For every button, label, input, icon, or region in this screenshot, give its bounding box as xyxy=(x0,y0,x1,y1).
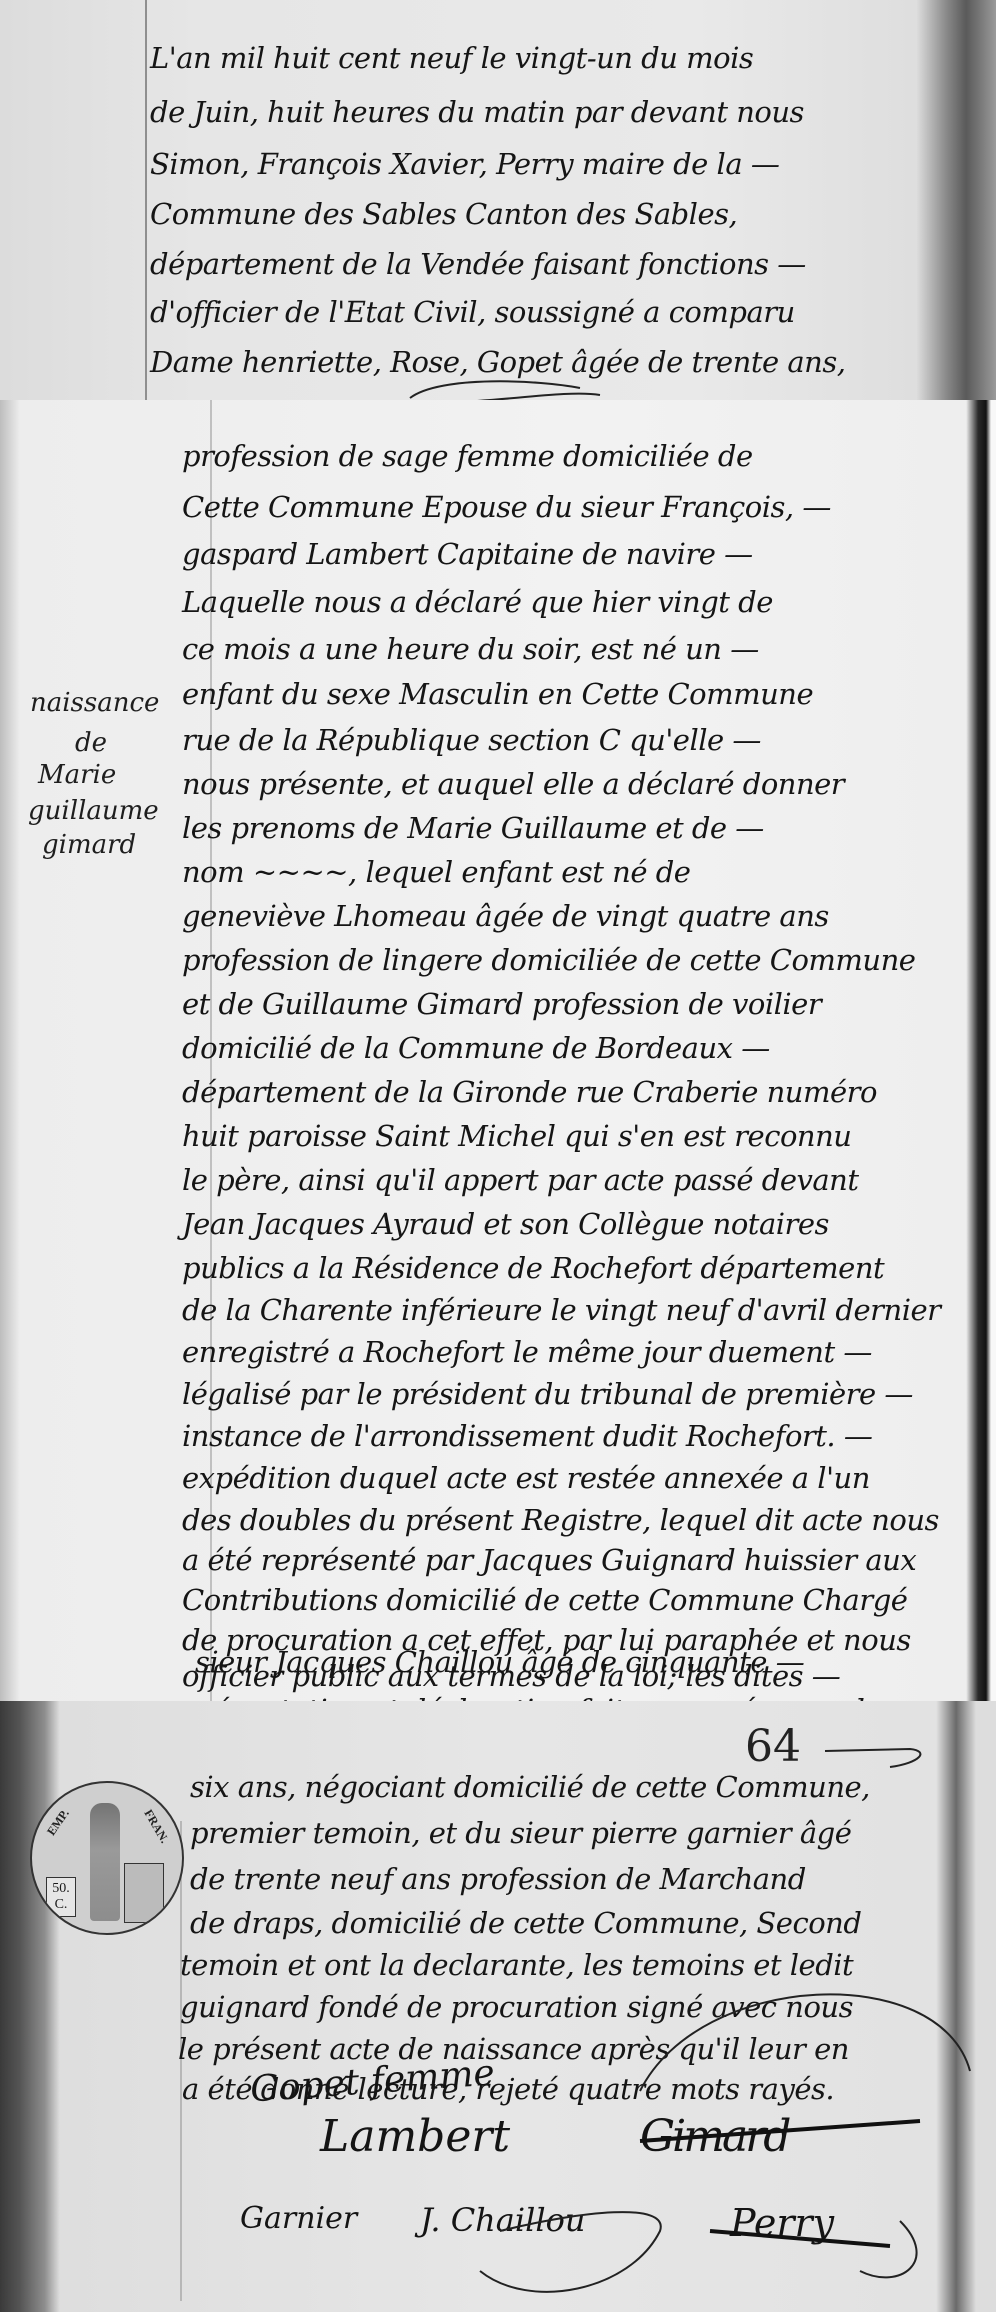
stamp-value: 50. C. xyxy=(46,1877,76,1917)
margin-note-line: Marie xyxy=(38,762,116,788)
text-line: de draps, domicilié de cette Commune, Se… xyxy=(190,1909,861,1938)
text-line: premier temoin, et du sieur pierre garni… xyxy=(190,1819,851,1848)
text-line: domicilié de la Commune de Bordeaux — xyxy=(182,1034,770,1063)
text-line: enregistré a Rochefort le même jour duem… xyxy=(182,1338,872,1367)
stamp-text-left: EMP. xyxy=(44,1806,73,1838)
text-line: les prenoms de Marie Guillaume et de — xyxy=(182,814,764,843)
text-line: Simon, François Xavier, Perry maire de l… xyxy=(150,150,779,179)
eagle-pedestal-icon xyxy=(124,1863,164,1923)
document-panel-2: naissance de Marie guillaume gimard prof… xyxy=(0,400,996,1701)
text-line: Laquelle nous a déclaré que hier vingt d… xyxy=(182,588,773,617)
margin-note-line: guillaume xyxy=(28,798,159,824)
text-line: d'officier de l'Etat Civil, soussigné a … xyxy=(150,298,795,327)
margin-note-line: naissance xyxy=(30,690,159,716)
text-line: Jean Jacques Ayraud et son Collègue nota… xyxy=(182,1210,829,1239)
text-line: Commune des Sables Canton des Sables, xyxy=(150,200,737,229)
text-line: profession de sage femme domiciliée de xyxy=(182,442,753,471)
text-line: de la Charente inférieure le vingt neuf … xyxy=(182,1296,941,1325)
text-line: profession de lingere domiciliée de cett… xyxy=(182,946,915,975)
text-line: expédition duquel acte est restée annexé… xyxy=(182,1464,870,1493)
text-line: département de la Gironde rue Craberie n… xyxy=(182,1078,877,1107)
text-line: huit paroisse Saint Michel qui s'en est … xyxy=(182,1122,851,1151)
document-panel-1: L'an mil huit cent neuf le vingt-un du m… xyxy=(0,0,996,400)
margin-note-line: gimard xyxy=(42,832,136,858)
text-line: des doubles du présent Registre, lequel … xyxy=(182,1506,939,1535)
text-line: légalisé par le président du tribunal de… xyxy=(182,1380,913,1409)
text-line: de trente neuf ans profession de Marchan… xyxy=(190,1865,806,1894)
document-panel-2-bottom: sieur Jacques Chaillou âgé de cinquante … xyxy=(0,1640,996,1700)
text-line: nous présente, et auquel elle a déclaré … xyxy=(182,770,844,799)
signature-garnier: Garnier xyxy=(240,2201,357,2236)
text-line: publics a la Résidence de Rochefort dépa… xyxy=(182,1254,884,1283)
text-line: nom ~~~~, lequel enfant est né de xyxy=(182,858,690,887)
text-line: a été représenté par Jacques Guignard hu… xyxy=(182,1546,916,1575)
text-line: le père, ainsi qu'il appert par acte pas… xyxy=(182,1166,858,1195)
text-line: Cette Commune Epouse du sieur François, … xyxy=(182,493,831,522)
text-line: geneviève Lhomeau âgée de vingt quatre a… xyxy=(182,902,829,931)
text-line: instance de l'arrondissement dudit Roche… xyxy=(182,1422,872,1451)
margin-rule xyxy=(145,0,147,400)
text-line: six ans, négociant domicilié de cette Co… xyxy=(190,1773,870,1802)
text-line: ce mois a une heure du soir, est né un — xyxy=(182,635,759,664)
fiscal-stamp: EMP. FRAN. 50. C. xyxy=(30,1781,184,1935)
text-line: Contributions domicilié de cette Commune… xyxy=(182,1586,907,1615)
allegorical-figure-icon xyxy=(90,1803,120,1921)
text-line: rue de la République section C qu'elle — xyxy=(182,726,761,755)
stamp-text-right: FRAN. xyxy=(140,1807,171,1846)
document-panel-3: 64 EMP. FRAN. 50. C. six ans, négociant … xyxy=(0,1701,996,2312)
text-line: enfant du sexe Masculin en Cette Commune xyxy=(182,680,813,709)
signature-flourishes-icon xyxy=(380,1971,996,2311)
text-line: de Juin, huit heures du matin par devant… xyxy=(150,98,804,127)
margin-note-line: de xyxy=(75,730,107,756)
text-line: département de la Vendée faisant fonctio… xyxy=(150,250,806,279)
text-line: gaspard Lambert Capitaine de navire — xyxy=(182,540,753,569)
text-line: sieur Jacques Chaillou âgé de cinquante … xyxy=(195,1648,804,1677)
text-line: L'an mil huit cent neuf le vingt-un du m… xyxy=(150,44,753,73)
flourish-icon xyxy=(400,370,640,400)
page-number: 64 xyxy=(745,1721,801,1772)
text-line: et de Guillaume Gimard profession de voi… xyxy=(182,990,821,1019)
